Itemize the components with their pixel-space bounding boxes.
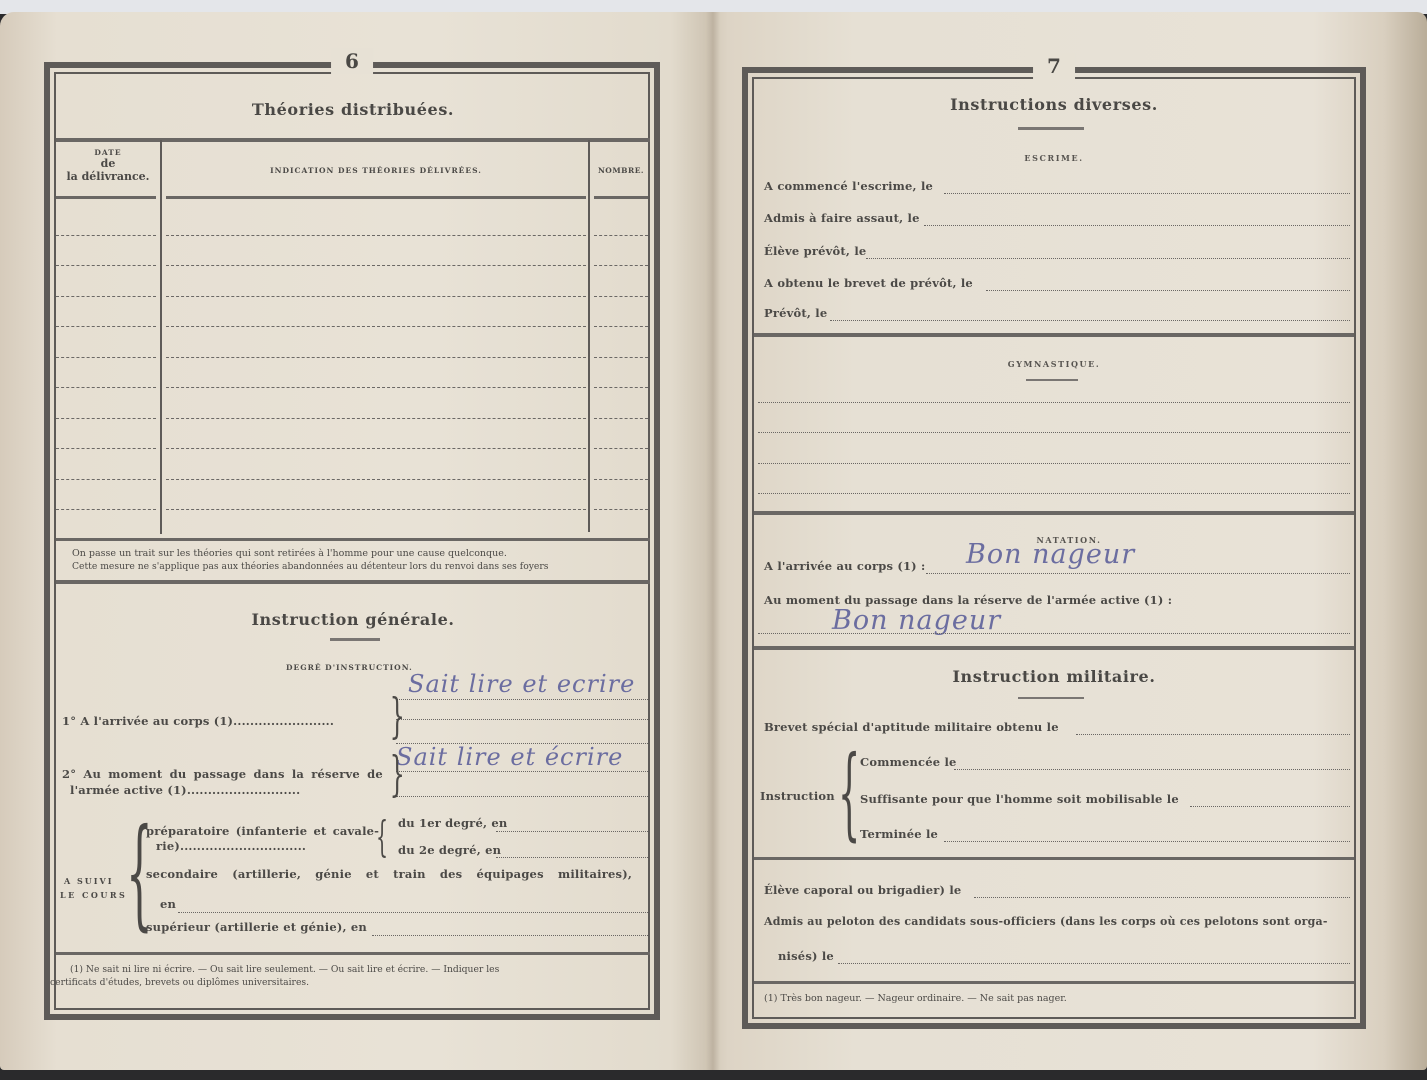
section-instructions-diverses: Instructions diverses. ESCRIME. A commen… bbox=[754, 75, 1354, 1025]
brace: } bbox=[390, 750, 405, 798]
cours-secondaire-field[interactable] bbox=[178, 912, 648, 913]
degre-instruction-heading: DEGRÉ D'INSTRUCTION. bbox=[286, 663, 413, 672]
cours-superieur-label: supérieur (artillerie et génie), en bbox=[146, 920, 367, 934]
brevet-special-field[interactable] bbox=[1076, 734, 1350, 735]
eleve-caporal-field[interactable] bbox=[974, 897, 1350, 898]
instruction-label: Instruction bbox=[760, 789, 835, 803]
escrime-field-label: Prévôt, le bbox=[764, 306, 827, 320]
degre-arrivee-label: 1° A l'arrivée au corps (1).............… bbox=[62, 714, 334, 728]
table-row[interactable] bbox=[56, 448, 156, 449]
escrime-field-label: A commencé l'escrime, le bbox=[764, 179, 933, 193]
table-row[interactable] bbox=[56, 479, 156, 480]
cours-secondaire-line-2: en bbox=[160, 897, 176, 911]
table-row[interactable] bbox=[56, 509, 156, 510]
table-row[interactable] bbox=[56, 326, 156, 327]
gymnastique-heading: GYMNASTIQUE. bbox=[754, 359, 1354, 369]
table-column-divider bbox=[588, 140, 590, 532]
admis-peloton-label-line-1: Admis au peloton des candidats sous-offi… bbox=[764, 915, 1328, 928]
footnote-instruction-line-1: (1) Ne sait ni lire ni écrire. — Ou sait… bbox=[70, 964, 499, 975]
escrime-field-label: A obtenu le brevet de prévôt, le bbox=[764, 276, 973, 290]
cours-degre-1-field[interactable] bbox=[496, 831, 648, 832]
escrime-commence-field[interactable] bbox=[944, 193, 1350, 194]
column-header-indication: INDICATION DES THÉORIES DÉLIVRÉES. bbox=[164, 166, 588, 175]
admis-peloton-label-line-2: nisés) le bbox=[778, 949, 834, 963]
cours-preparatoire-line-1: préparatoire (infanterie et cavale- bbox=[146, 824, 379, 838]
cours-label-line-2: LE COURS bbox=[60, 890, 127, 900]
degre-reserve-label-line-2: l'armée active (1)......................… bbox=[70, 783, 300, 797]
instruction-terminee-label: Terminée le bbox=[860, 827, 938, 841]
table-row[interactable] bbox=[56, 235, 156, 236]
cours-secondaire-line-1: secondaire (artillerie, génie et train d… bbox=[146, 867, 632, 881]
column-header-date: DATE de la délivrance. bbox=[56, 148, 160, 183]
table-column-divider bbox=[160, 140, 162, 534]
table-row[interactable] bbox=[56, 265, 156, 266]
escrime-eleve-prevot-field[interactable] bbox=[866, 258, 1350, 259]
degre-arrivee-value[interactable]: Sait lire et ecrire bbox=[408, 670, 635, 698]
escrime-field-label: Admis à faire assaut, le bbox=[764, 211, 920, 225]
cours-label-line-1: A SUIVI bbox=[64, 876, 113, 886]
escrime-prevot-field[interactable] bbox=[830, 320, 1350, 321]
cours-degre-1-label: du 1er degré, en bbox=[398, 816, 507, 830]
gymnastique-line[interactable] bbox=[758, 493, 1350, 494]
section-title-instructions-diverses: Instructions diverses. bbox=[754, 95, 1354, 114]
escrime-heading: ESCRIME. bbox=[754, 153, 1354, 163]
brace: { bbox=[838, 743, 860, 843]
cours-preparatoire-line-2: rie).............................. bbox=[156, 839, 306, 853]
degre-reserve-label-line-1: 2° Au moment du passage dans la réserve … bbox=[62, 767, 383, 781]
section-title-instruction-generale: Instruction générale. bbox=[56, 610, 650, 629]
gymnastique-line[interactable] bbox=[758, 463, 1350, 464]
instruction-commencee-field[interactable] bbox=[954, 769, 1350, 770]
section-theories: Théories distribuées. DATE de la délivra… bbox=[56, 70, 650, 590]
instruction-commencee-label: Commencée le bbox=[860, 755, 957, 769]
table-row[interactable] bbox=[56, 387, 156, 388]
table-row[interactable] bbox=[56, 357, 156, 358]
brace: { bbox=[376, 816, 388, 858]
column-header-nombre: NOMBRE. bbox=[592, 166, 650, 175]
degre-reserve-value[interactable]: Sait lire et écrire bbox=[396, 743, 623, 771]
admis-peloton-field[interactable] bbox=[838, 963, 1350, 964]
gymnastique-line[interactable] bbox=[758, 402, 1350, 403]
section-title-instruction-militaire: Instruction militaire. bbox=[754, 667, 1354, 686]
cours-degre-2-field[interactable] bbox=[496, 857, 648, 858]
theories-note-line-2: Cette mesure ne s'applique pas aux théor… bbox=[72, 561, 548, 572]
section-instruction-generale: Instruction générale. DEGRÉ D'INSTRUCTIO… bbox=[56, 590, 650, 1010]
instruction-suffisante-field[interactable] bbox=[1190, 806, 1350, 807]
instruction-terminee-field[interactable] bbox=[944, 841, 1350, 842]
natation-reserve-value[interactable]: Bon nageur bbox=[832, 605, 1001, 636]
brace: } bbox=[390, 692, 405, 740]
escrime-brevet-prevot-field[interactable] bbox=[986, 290, 1350, 291]
natation-arrivee-label: A l'arrivée au corps (1) : bbox=[764, 559, 925, 573]
natation-arrivee-value[interactable]: Bon nageur bbox=[966, 539, 1135, 570]
page-7: 7 Instructions diverses. ESCRIME. A comm… bbox=[710, 0, 1427, 1080]
footnote-instruction-line-2: certificats d'études, brevets ou diplôme… bbox=[50, 977, 309, 988]
escrime-assaut-field[interactable] bbox=[924, 225, 1350, 226]
cours-superieur-field[interactable] bbox=[372, 935, 648, 936]
page-6: 6 Théories distribuées. DATE de la déliv… bbox=[0, 0, 710, 1080]
instruction-suffisante-label: Suffisante pour que l'homme soit mobilis… bbox=[860, 792, 1179, 806]
cours-degre-2-label: du 2e degré, en bbox=[398, 843, 501, 857]
eleve-caporal-label: Élève caporal ou brigadier) le bbox=[764, 883, 961, 897]
gymnastique-line[interactable] bbox=[758, 432, 1350, 433]
table-row[interactable] bbox=[56, 418, 156, 419]
escrime-field-label: Élève prévôt, le bbox=[764, 244, 866, 258]
table-row[interactable] bbox=[56, 296, 156, 297]
section-title-theories: Théories distribuées. bbox=[56, 100, 650, 119]
brevet-special-label: Brevet spécial d'aptitude militaire obte… bbox=[764, 720, 1059, 734]
theories-note-line-1: On passe un trait sur les théories qui s… bbox=[72, 548, 507, 559]
footnote-natation: (1) Très bon nageur. — Nageur ordinaire.… bbox=[764, 993, 1067, 1004]
